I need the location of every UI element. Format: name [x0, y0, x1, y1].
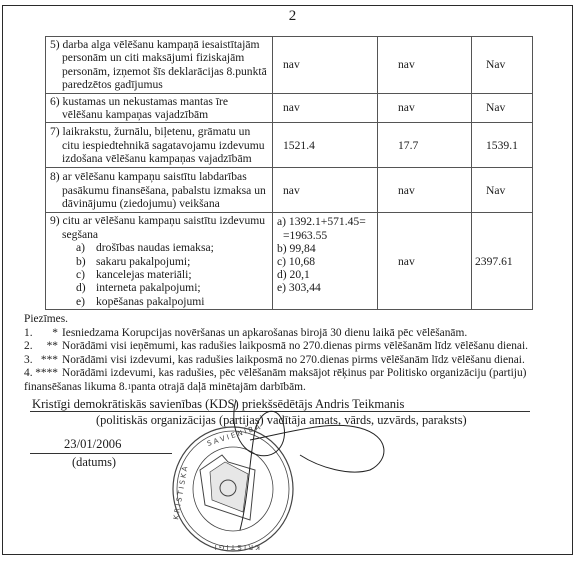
svg-text:K R I S T I S K Ā: K R I S T I S K Ā [171, 465, 189, 520]
stamp-and-signature: S A V I E N Ī B A K R I S T I S K Ā K R … [0, 0, 585, 561]
signature-scribble-icon [234, 400, 384, 530]
stamp-icon [173, 427, 293, 551]
svg-text:K R I S T I G I: K R I S T I G I [215, 543, 260, 551]
